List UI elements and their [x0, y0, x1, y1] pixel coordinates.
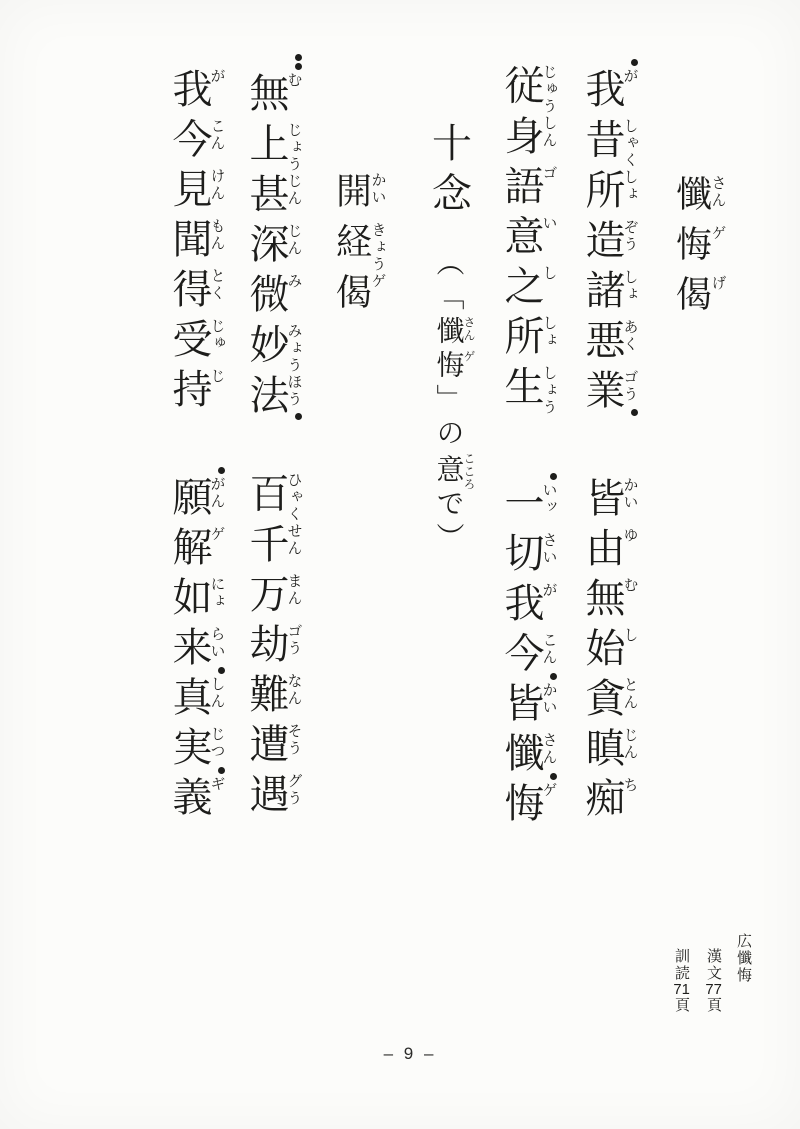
kanji-glyph: 悪あく	[580, 319, 624, 369]
furigana: せん	[286, 523, 303, 573]
kanji-glyph: 我が	[167, 68, 211, 118]
kanji-glyph: 得とく	[167, 268, 211, 318]
furigana: かい	[370, 172, 387, 222]
furigana: ゲ	[541, 782, 558, 832]
reference-hirosange: 広懺悔	[736, 933, 751, 984]
kanji-glyph: 解ゲ	[167, 526, 211, 576]
furigana: いッ	[541, 482, 558, 532]
furigana: しゃく	[622, 118, 639, 169]
furigana: グう	[286, 773, 303, 823]
furigana: みょう	[286, 323, 303, 374]
furigana: ゲ	[370, 273, 387, 323]
accent-dot	[550, 473, 557, 480]
kanji-glyph: 造ぞう	[580, 219, 624, 269]
furigana: じ	[209, 368, 226, 418]
accent-dot	[295, 63, 302, 70]
kanji-glyph: で	[434, 489, 465, 523]
furigana: じん	[622, 727, 639, 777]
kanji-glyph: 無む	[580, 577, 624, 627]
kanji-glyph: 甚じん	[244, 173, 288, 223]
kanji-glyph: 語ゴ	[499, 165, 543, 215]
furigana: とく	[209, 268, 226, 318]
reference-text: 漢文	[705, 948, 722, 982]
furigana: にょ	[209, 576, 226, 626]
kanji-glyph: 身しん	[499, 115, 543, 165]
junen-heading: 十念	[427, 122, 471, 222]
kanji-glyph: 微み	[244, 273, 288, 323]
furigana: し	[541, 265, 558, 315]
furigana: み	[286, 273, 303, 323]
verse-line-kaikyo-2a: 我が今こん見けん聞もん得とく受じゅ持じ	[185, 68, 225, 418]
kanji-glyph: 所しょ	[499, 315, 543, 365]
verse-line-sange-2a: 従じゅう身しん語ゴ意い之し所しょ生しょう	[517, 64, 557, 416]
kanji-glyph: 妙みょう	[244, 323, 288, 374]
furigana: しょ	[622, 269, 639, 319]
kanji-glyph: 百ひゃく	[244, 472, 288, 523]
furigana: ひゃく	[286, 472, 303, 523]
furigana: し	[622, 627, 639, 677]
kanji-glyph: 之し	[499, 265, 543, 315]
reference-kanbun-page: 漢文77頁	[706, 948, 721, 1014]
furigana: ゴう	[286, 623, 303, 673]
reference-text: 頁	[705, 997, 722, 1014]
kanji-glyph: 偈ゲ	[332, 273, 373, 323]
kanji-glyph: 見けん	[167, 168, 211, 218]
kanji-glyph: 業ゴう	[580, 369, 624, 419]
kanji-glyph: 劫ゴう	[244, 623, 288, 673]
kanji-glyph: 悔ゲ	[499, 782, 543, 832]
kanji-glyph: （	[434, 248, 465, 282]
kanji-glyph: 万まん	[244, 573, 288, 623]
accent-dot	[295, 54, 302, 61]
furigana: もん	[209, 218, 226, 268]
kanji-glyph: 真しん	[167, 676, 211, 726]
kanji-glyph: 深じん	[244, 223, 288, 273]
reference-text: 訓読	[673, 948, 690, 982]
kanji-glyph: 義ギ	[167, 776, 211, 826]
reference-kundoku-page: 訓読71頁	[674, 948, 689, 1014]
furigana: げ	[710, 275, 727, 325]
kanji-glyph: 懺さん	[499, 732, 543, 782]
furigana: ギ	[209, 776, 226, 826]
verse-line-kaikyo-1b: 百ひゃく千せん万まん劫ゴう難なん遭そう遇グう	[262, 472, 302, 823]
furigana: しょう	[541, 365, 558, 416]
accent-dot	[631, 59, 638, 66]
furigana: ゆ	[622, 527, 639, 577]
reference-page-number: 77	[705, 982, 722, 997]
furigana: じゅう	[541, 64, 558, 115]
kanji-glyph: の	[434, 418, 465, 452]
furigana: かい	[541, 682, 558, 732]
scanned-liturgy-page: 懺さん悔ゲ偈げ 我が昔しゃく所しょ造ぞう諸しょ悪あく業ゴう 皆かい由ゆ無む始し貪…	[0, 0, 800, 1129]
furigana: い	[541, 215, 558, 265]
furigana: しん	[541, 115, 558, 165]
kanji-glyph: 従じゅう	[499, 64, 543, 115]
furigana: ち	[622, 777, 639, 827]
kanji-glyph: 所しょ	[580, 169, 624, 219]
accent-dot	[218, 767, 225, 774]
kanji-glyph: 十	[427, 122, 471, 172]
furigana: さい	[541, 532, 558, 582]
furigana: さん	[710, 175, 727, 225]
kanji-glyph: 経きょう	[332, 222, 373, 273]
kanji-glyph: 聞もん	[167, 218, 211, 268]
kanji-glyph: 今こん	[167, 118, 211, 168]
reference-text: 広懺悔	[735, 933, 752, 984]
furigana: む	[286, 72, 303, 122]
kanji-glyph: 痴ち	[580, 777, 624, 827]
kanji-glyph: 遭そう	[244, 723, 288, 773]
furigana: きょう	[370, 222, 387, 273]
furigana: む	[622, 577, 639, 627]
kanji-glyph: 念	[427, 172, 471, 222]
kanji-glyph: 意こころ	[434, 452, 465, 489]
accent-dot	[550, 773, 557, 780]
kanji-glyph: 貪とん	[580, 677, 624, 727]
furigana: が	[622, 68, 639, 118]
verse-line-kaikyo-2b: 願がん解ゲ如にょ来らい真しん実じつ義ギ	[185, 476, 225, 826]
furigana: じん	[286, 173, 303, 223]
kanji-glyph: 上じょう	[244, 122, 288, 173]
reference-page-number: 71	[673, 982, 690, 997]
kanji-glyph: 一いッ	[499, 482, 543, 532]
section-title-kaikyo-ge: 開かい経きょう偈ゲ	[350, 172, 386, 323]
kanji-glyph: 如にょ	[167, 576, 211, 626]
kanji-glyph: 諸しょ	[580, 269, 624, 319]
furigana: が	[209, 68, 226, 118]
furigana: かい	[622, 477, 639, 527]
kanji-glyph: 持じ	[167, 368, 211, 418]
kanji-glyph: 来らい	[167, 626, 211, 676]
kanji-glyph: 懺さん	[672, 175, 713, 225]
reference-text: 頁	[673, 997, 690, 1014]
kanji-glyph: 皆かい	[499, 682, 543, 732]
accent-dot	[295, 413, 302, 420]
kanji-glyph: 今こん	[499, 632, 543, 682]
kanji-glyph: 切さい	[499, 532, 543, 582]
section-title-junen: 十念（「懺さん悔ゲ」の意こころで）	[435, 122, 475, 557]
kanji-glyph: 瞋じん	[580, 727, 624, 777]
kanji-glyph: 懺さん	[434, 316, 465, 350]
furigana: とん	[622, 677, 639, 727]
kanji-glyph: 始し	[580, 627, 624, 677]
kanji-glyph: 悔ゲ	[434, 350, 465, 384]
kanji-glyph: 皆かい	[580, 477, 624, 527]
furigana: こころ	[462, 452, 476, 491]
furigana: じょう	[286, 122, 303, 173]
kanji-glyph: 悔ゲ	[672, 225, 713, 275]
kanji-glyph: 願がん	[167, 476, 211, 526]
kanji-glyph: ）	[434, 523, 465, 557]
kanji-glyph: 千せん	[244, 523, 288, 573]
furigana: けん	[209, 168, 226, 218]
accent-dot	[631, 409, 638, 416]
furigana: あく	[622, 319, 639, 369]
furigana: しょ	[622, 169, 639, 219]
furigana: なん	[286, 673, 303, 723]
junen-gloss-note: （「懺さん悔ゲ」の意こころで）	[434, 248, 465, 557]
accent-dot	[218, 667, 225, 674]
kanji-glyph: 「	[434, 282, 465, 316]
furigana: じん	[286, 223, 303, 273]
verse-line-sange-1b: 皆かい由ゆ無む始し貪とん瞋じん痴ち	[598, 477, 638, 827]
kanji-glyph: 実じつ	[167, 726, 211, 776]
kanji-glyph: 難なん	[244, 673, 288, 723]
kanji-glyph: 」	[434, 384, 465, 418]
accent-dot	[218, 467, 225, 474]
kanji-glyph: 偈げ	[672, 275, 713, 325]
verse-line-sange-2b: 一いッ切さい我が今こん皆かい懺さん悔ゲ	[517, 482, 557, 832]
kanji-glyph: 昔しゃく	[580, 118, 624, 169]
furigana: ゲ	[710, 225, 727, 275]
furigana: じゅ	[209, 318, 226, 368]
section-title-sange-ge: 懺さん悔ゲ偈げ	[690, 175, 726, 325]
accent-dot	[550, 673, 557, 680]
kanji-glyph: 我が	[499, 582, 543, 632]
kanji-glyph: 受じゅ	[167, 318, 211, 368]
verse-line-kaikyo-1a: 無む上じょう甚じん深じん微み妙みょう法ほう	[262, 72, 302, 424]
furigana: がん	[209, 476, 226, 526]
kanji-glyph: 開かい	[332, 172, 373, 222]
furigana: ゲ	[209, 526, 226, 576]
furigana: が	[541, 582, 558, 632]
page-number: – 9 –	[310, 1044, 510, 1064]
kanji-glyph: 遇グう	[244, 773, 288, 823]
furigana: しょ	[541, 315, 558, 365]
furigana: しん	[209, 676, 226, 726]
kanji-glyph: 法ほう	[244, 374, 288, 424]
kanji-glyph: 意い	[499, 215, 543, 265]
furigana: そう	[286, 723, 303, 773]
kanji-glyph: 生しょう	[499, 365, 543, 416]
kanji-glyph: 無む	[244, 72, 288, 122]
furigana: まん	[286, 573, 303, 623]
furigana: ぞう	[622, 219, 639, 269]
furigana: こん	[209, 118, 226, 168]
kanji-glyph: 我が	[580, 68, 624, 118]
furigana: ゴ	[541, 165, 558, 215]
furigana: ゲ	[462, 350, 476, 384]
verse-line-sange-1a: 我が昔しゃく所しょ造ぞう諸しょ悪あく業ゴう	[598, 68, 638, 419]
kanji-glyph: 由ゆ	[580, 527, 624, 577]
furigana: さん	[462, 316, 476, 350]
